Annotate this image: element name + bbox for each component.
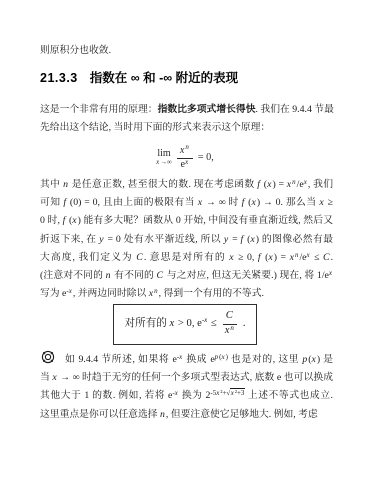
fraction-denominator: xn (225, 325, 235, 338)
text-line: 这是一个非常有用的原理：指数比多项式增长得快. 我们在 9.4.4 节最 (40, 101, 333, 119)
text-line: 写为 e-x, 并两边同时除以 xn, 得到一个有用的不等式. (40, 285, 333, 303)
inequality-left: 对所有的 x > 0, e-x ≤ (125, 318, 217, 331)
fraction: xn ex (177, 145, 193, 172)
paragraph-3: 如 9.4.4 节所述, 如果将 e-x 换成 ep(x) 也是对的, 这里 p… (40, 351, 333, 424)
boxed-formula-wrapper: 对所有的 x > 0, e-x ≤ C xn . (0, 304, 370, 345)
limit-formula: lim x→∞ xn ex = 0, (0, 141, 370, 175)
paragraph-2: 其中 n 是任意正数, 甚至很大的数. 现在考虑函数 f (x) = xn/ex… (40, 176, 333, 303)
text-line: 如 9.4.4 节所述, 如果将 e-x 换成 ep(x) 也是对的, 这里 p… (40, 351, 333, 369)
text-line: 折返下来, 在 y = 0 处有水平渐近线, 所以 y = f (x) 的图像必… (40, 231, 333, 249)
text-line: 0 时, f (x) 能有多大呢？函数从 0 开始, 中间没有垂直渐近线, 然后… (40, 212, 333, 230)
section-title: 指数在 ∞ 和 -∞ 附近的表现 (90, 71, 238, 85)
section-heading: 21.3.3指数在 ∞ 和 -∞ 附近的表现 (40, 70, 333, 86)
text-line: 先给出这个结论, 当时用下面的形式来表示这个原理： (40, 119, 333, 137)
fraction: C xn (223, 310, 237, 338)
fraction-denominator: ex (181, 159, 190, 172)
fraction-numerator: C (223, 310, 237, 325)
text-line: 大高度, 我们定义为 C. 意思是对所有的 x ≥ 0, f (x) = xn/… (40, 249, 333, 267)
lim-text: lim (157, 149, 170, 159)
lim-subscript: x→∞ (156, 160, 172, 167)
formula-rhs: = 0, (198, 149, 214, 167)
section-number: 21.3.3 (40, 71, 78, 85)
inequality-period: . (243, 318, 246, 331)
fraction-numerator: xn (177, 145, 193, 159)
text-line: (注意对不同的 n 有不同的 C 与之对应, 但这无关紧要.) 现在, 将 1/… (40, 267, 333, 285)
limit-operator: lim x→∞ (156, 149, 172, 167)
text-line: 可知 f (0) = 0, 且由上面的极限有当 x → ∞ 时 f (x) → … (40, 194, 333, 212)
text-line: 其他大于 1 的数. 例如, 若将 e-x 换为 2-5x²+√x²+3 上述不… (40, 387, 333, 405)
intro-line: 则原积分也收敛. (40, 42, 333, 60)
text-line: 这里重点是你可以任意选择 n, 但要注意使它足够地大. 例如, 考虑 (40, 406, 333, 424)
boxed-inequality: 对所有的 x > 0, e-x ≤ C xn . (113, 304, 258, 345)
paragraph-1: 这是一个非常有用的原理：指数比多项式增长得快. 我们在 9.4.4 节最先给出这… (40, 101, 333, 137)
text-line: 当 x → ∞ 时趋于无穷的任何一个多项式型表达式, 底数 e 也可以换成 (40, 369, 333, 387)
text-line: 其中 n 是任意正数, 甚至很大的数. 现在考虑函数 f (x) = xn/ex… (40, 176, 333, 194)
